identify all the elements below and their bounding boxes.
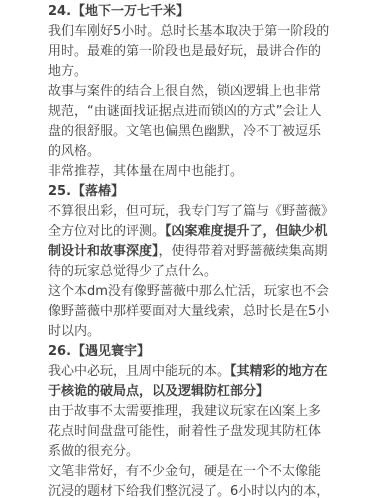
review-paragraph: 我心中必玩，且周中能玩的本。【其精彩的地方在于核诡的破局点，以及逻辑防杠部分】 xyxy=(48,362,333,402)
review-paragraph: 不算很出彩，但可玩，我专门写了篇与《野蔷薇》全方位对比的评测。【凶案难度提升了，… xyxy=(48,202,333,282)
review-list-document: 24.【地下一万七千米】 我们车刚好5小时。总时长基本取决于第一阶段的用时。最难… xyxy=(0,0,373,498)
review-number: 26. xyxy=(48,344,72,359)
review-paragraph: 由于故事不太需要推理，我建议玩家在凶案上多花点时间盘盘可能性，耐着性子盘发现其防… xyxy=(48,402,333,462)
review-number: 25. xyxy=(48,184,72,199)
review-heading: 26.【遇见寰宇】 xyxy=(48,342,333,362)
review-paragraph: 我们车刚好5小时。总时长基本取决于第一阶段的用时。最难的第一阶段也是最好玩，最讲… xyxy=(48,22,333,82)
text-segment: 故事与案件的结合上很自然，锁凶逻辑上也非常规范，“由谜面找证据点进而锁凶的方式”… xyxy=(48,84,321,159)
review-section-24: 24.【地下一万七千米】 我们车刚好5小时。总时长基本取决于第一阶段的用时。最难… xyxy=(48,2,333,182)
review-heading: 24.【地下一万七千米】 xyxy=(48,2,333,22)
review-number: 24. xyxy=(48,4,72,19)
text-segment: 我们车刚好5小时。总时长基本取决于第一阶段的用时。最难的第一阶段也是最好玩，最讲… xyxy=(48,24,329,79)
text-segment: 我心中必玩，且周中能玩的本。 xyxy=(48,364,230,379)
review-paragraph: 文笔非常好，有不少金句，硬是在一个不太像能沉浸的题材下给我们整沉浸了。6小时以内… xyxy=(48,462,333,498)
review-title: 【落椿】 xyxy=(72,184,124,199)
review-section-26: 26.【遇见寰宇】 我心中必玩，且周中能玩的本。【其精彩的地方在于核诡的破局点，… xyxy=(48,342,333,498)
review-paragraph: 故事与案件的结合上很自然，锁凶逻辑上也非常规范，“由谜面找证据点进而锁凶的方式”… xyxy=(48,82,333,162)
review-heading: 25.【落椿】 xyxy=(48,182,333,202)
review-title: 【地下一万七千米】 xyxy=(72,4,189,19)
text-segment: 非常推荐，其体量在周中也能打。 xyxy=(48,164,243,179)
text-segment: 这个本dm没有像野蔷薇中那么忙活，玩家也不会像野蔷薇中那样要面对大量线索，总时长… xyxy=(48,284,329,339)
text-segment: 文笔非常好，有不少金句，硬是在一个不太像能沉浸的题材下给我们整沉浸了。6小时以内… xyxy=(48,464,329,498)
review-paragraph: 这个本dm没有像野蔷薇中那么忙活，玩家也不会像野蔷薇中那样要面对大量线索，总时长… xyxy=(48,282,333,342)
text-segment: 由于故事不太需要推理，我建议玩家在凶案上多花点时间盘盘可能性，耐着性子盘发现其防… xyxy=(48,404,321,459)
review-section-25: 25.【落椿】 不算很出彩，但可玩，我专门写了篇与《野蔷薇》全方位对比的评测。【… xyxy=(48,182,333,342)
review-paragraph: 非常推荐，其体量在周中也能打。 xyxy=(48,162,333,182)
review-title: 【遇见寰宇】 xyxy=(72,344,150,359)
